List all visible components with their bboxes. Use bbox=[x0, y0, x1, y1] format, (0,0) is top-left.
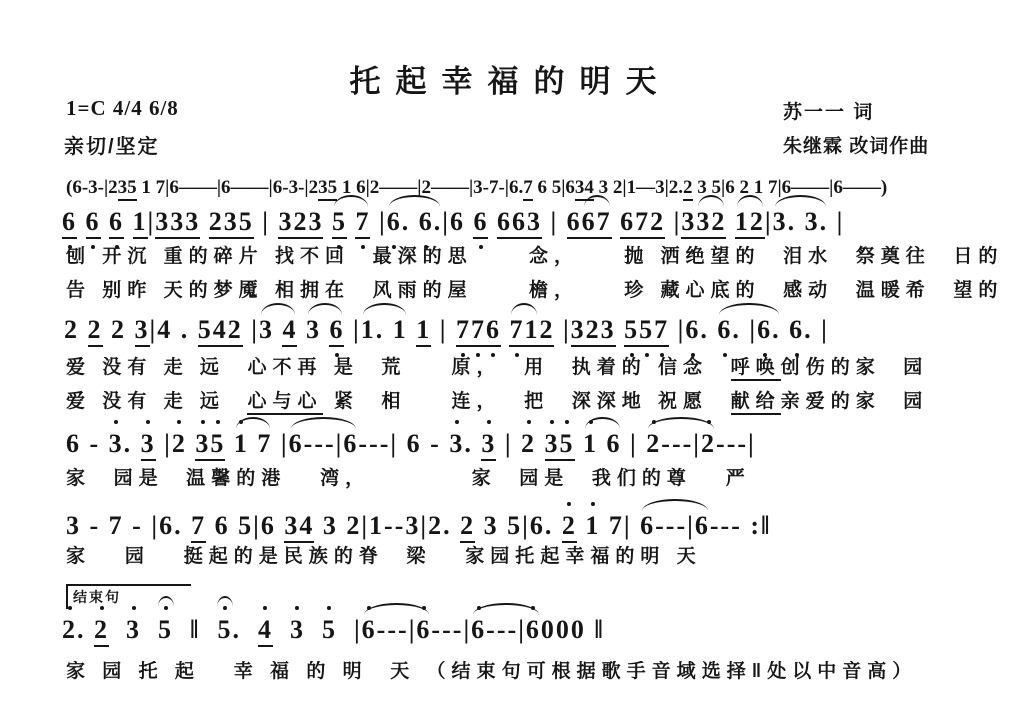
lyrics-ending: 家 园 托 起 幸 福 的 明 天 （结束句可根据歌手音域选择‖处以中音高） bbox=[66, 661, 917, 684]
notation-line-verse-2: 2 2 2 3|4 . 542 |3 4 3 6 |1. 1 1 | 776 7… bbox=[64, 300, 829, 347]
sheet-music-page: 托起幸福的明天 1=C 4/4 6/8 亲切/坚定 苏一一 词 朱继霖 改词作曲… bbox=[0, 0, 1021, 707]
notation-ending-line: 2. 2 3 5 ‖ 5. 4 3 5 |6---|6---|6---|6000… bbox=[62, 600, 605, 647]
lyrics-verse-2b: 爱 没有 走 远 心与心 紧 相 连， 把 深深地 祝愿 献给亲爱的家 园 bbox=[66, 391, 928, 414]
notation-line-chorus-1: 6 - 3. 3 |2 35 1 7 |6---|6---| 6 - 3. 3 … bbox=[66, 414, 756, 461]
lyrics-verse-1a: 刨 开沉 重的碎片 找不回 最深的思 念， 抛 洒绝望的 泪水 祭奠往 日的 笑… bbox=[66, 246, 1021, 269]
score-body: (6-3-|235 1 7|6——|6——|6-3-|235 1 6|2——|2… bbox=[0, 0, 1021, 707]
lyrics-chorus-2: 家 园 挺起的是民族的脊 梁 家园托起幸福的明 天 bbox=[66, 546, 702, 569]
notation-line-chorus-2: 3 - 7 - |6. 7 6 5|6 34 3 2|1--3|2. 2 3 5… bbox=[66, 496, 771, 543]
notation-line-verse-1: 6 6 6 1|333 235 | 323 5 7 |6. 6.|6 6 663… bbox=[62, 192, 844, 239]
lyrics-verse-2a: 爱 没有 走 远 心不再 是 荒 原， 用 执着的 信念 呼唤创伤的家 园 bbox=[66, 357, 928, 380]
lyrics-chorus-1: 家 园是 温馨的港 湾， 家 园是 我们的尊 严 bbox=[66, 468, 751, 491]
